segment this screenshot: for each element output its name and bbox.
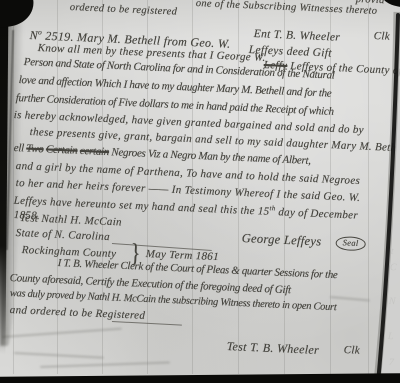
ink-bleed-mark	[14, 352, 104, 359]
witness-attestation: Test Nathl H. McCain	[20, 213, 123, 228]
next-page-fragment-5: 7	[389, 358, 395, 368]
next-page-fragment-2: C	[390, 263, 397, 273]
ink-bleed-mark	[2, 328, 122, 338]
ink-bleed-mark	[330, 296, 370, 301]
prev-record-tail-right: one of the Subscribing Witnesses thereto	[196, 0, 378, 17]
seal-label: Seal	[335, 236, 365, 251]
next-page-fragment-1: t	[391, 247, 395, 257]
ledger-column-rule	[368, 0, 369, 374]
attestation-signature: Test T. B. Wheeler	[226, 340, 319, 356]
clerk-abbreviation-top: Clk	[374, 31, 391, 43]
next-page-fragment-4: L	[388, 332, 394, 342]
ink-bleed-mark	[40, 361, 170, 368]
scan-border-bottom	[0, 373, 400, 383]
clerk-entry-note: Ent T. B. Wheeler	[253, 29, 340, 44]
clerk-abbreviation-bottom: Clk	[344, 345, 361, 357]
prev-record-tail-left: ordered to be registered	[70, 3, 178, 18]
certificate-line-4: and ordered to be Registered	[10, 305, 146, 322]
state-caption: State of N. Carolina	[16, 228, 111, 243]
next-page-fragment-3: N	[389, 297, 396, 307]
deed-book-page: ordered to be registeredone of the Subsc…	[0, 0, 400, 383]
grantor-signature: George Leffeys	[241, 232, 321, 248]
